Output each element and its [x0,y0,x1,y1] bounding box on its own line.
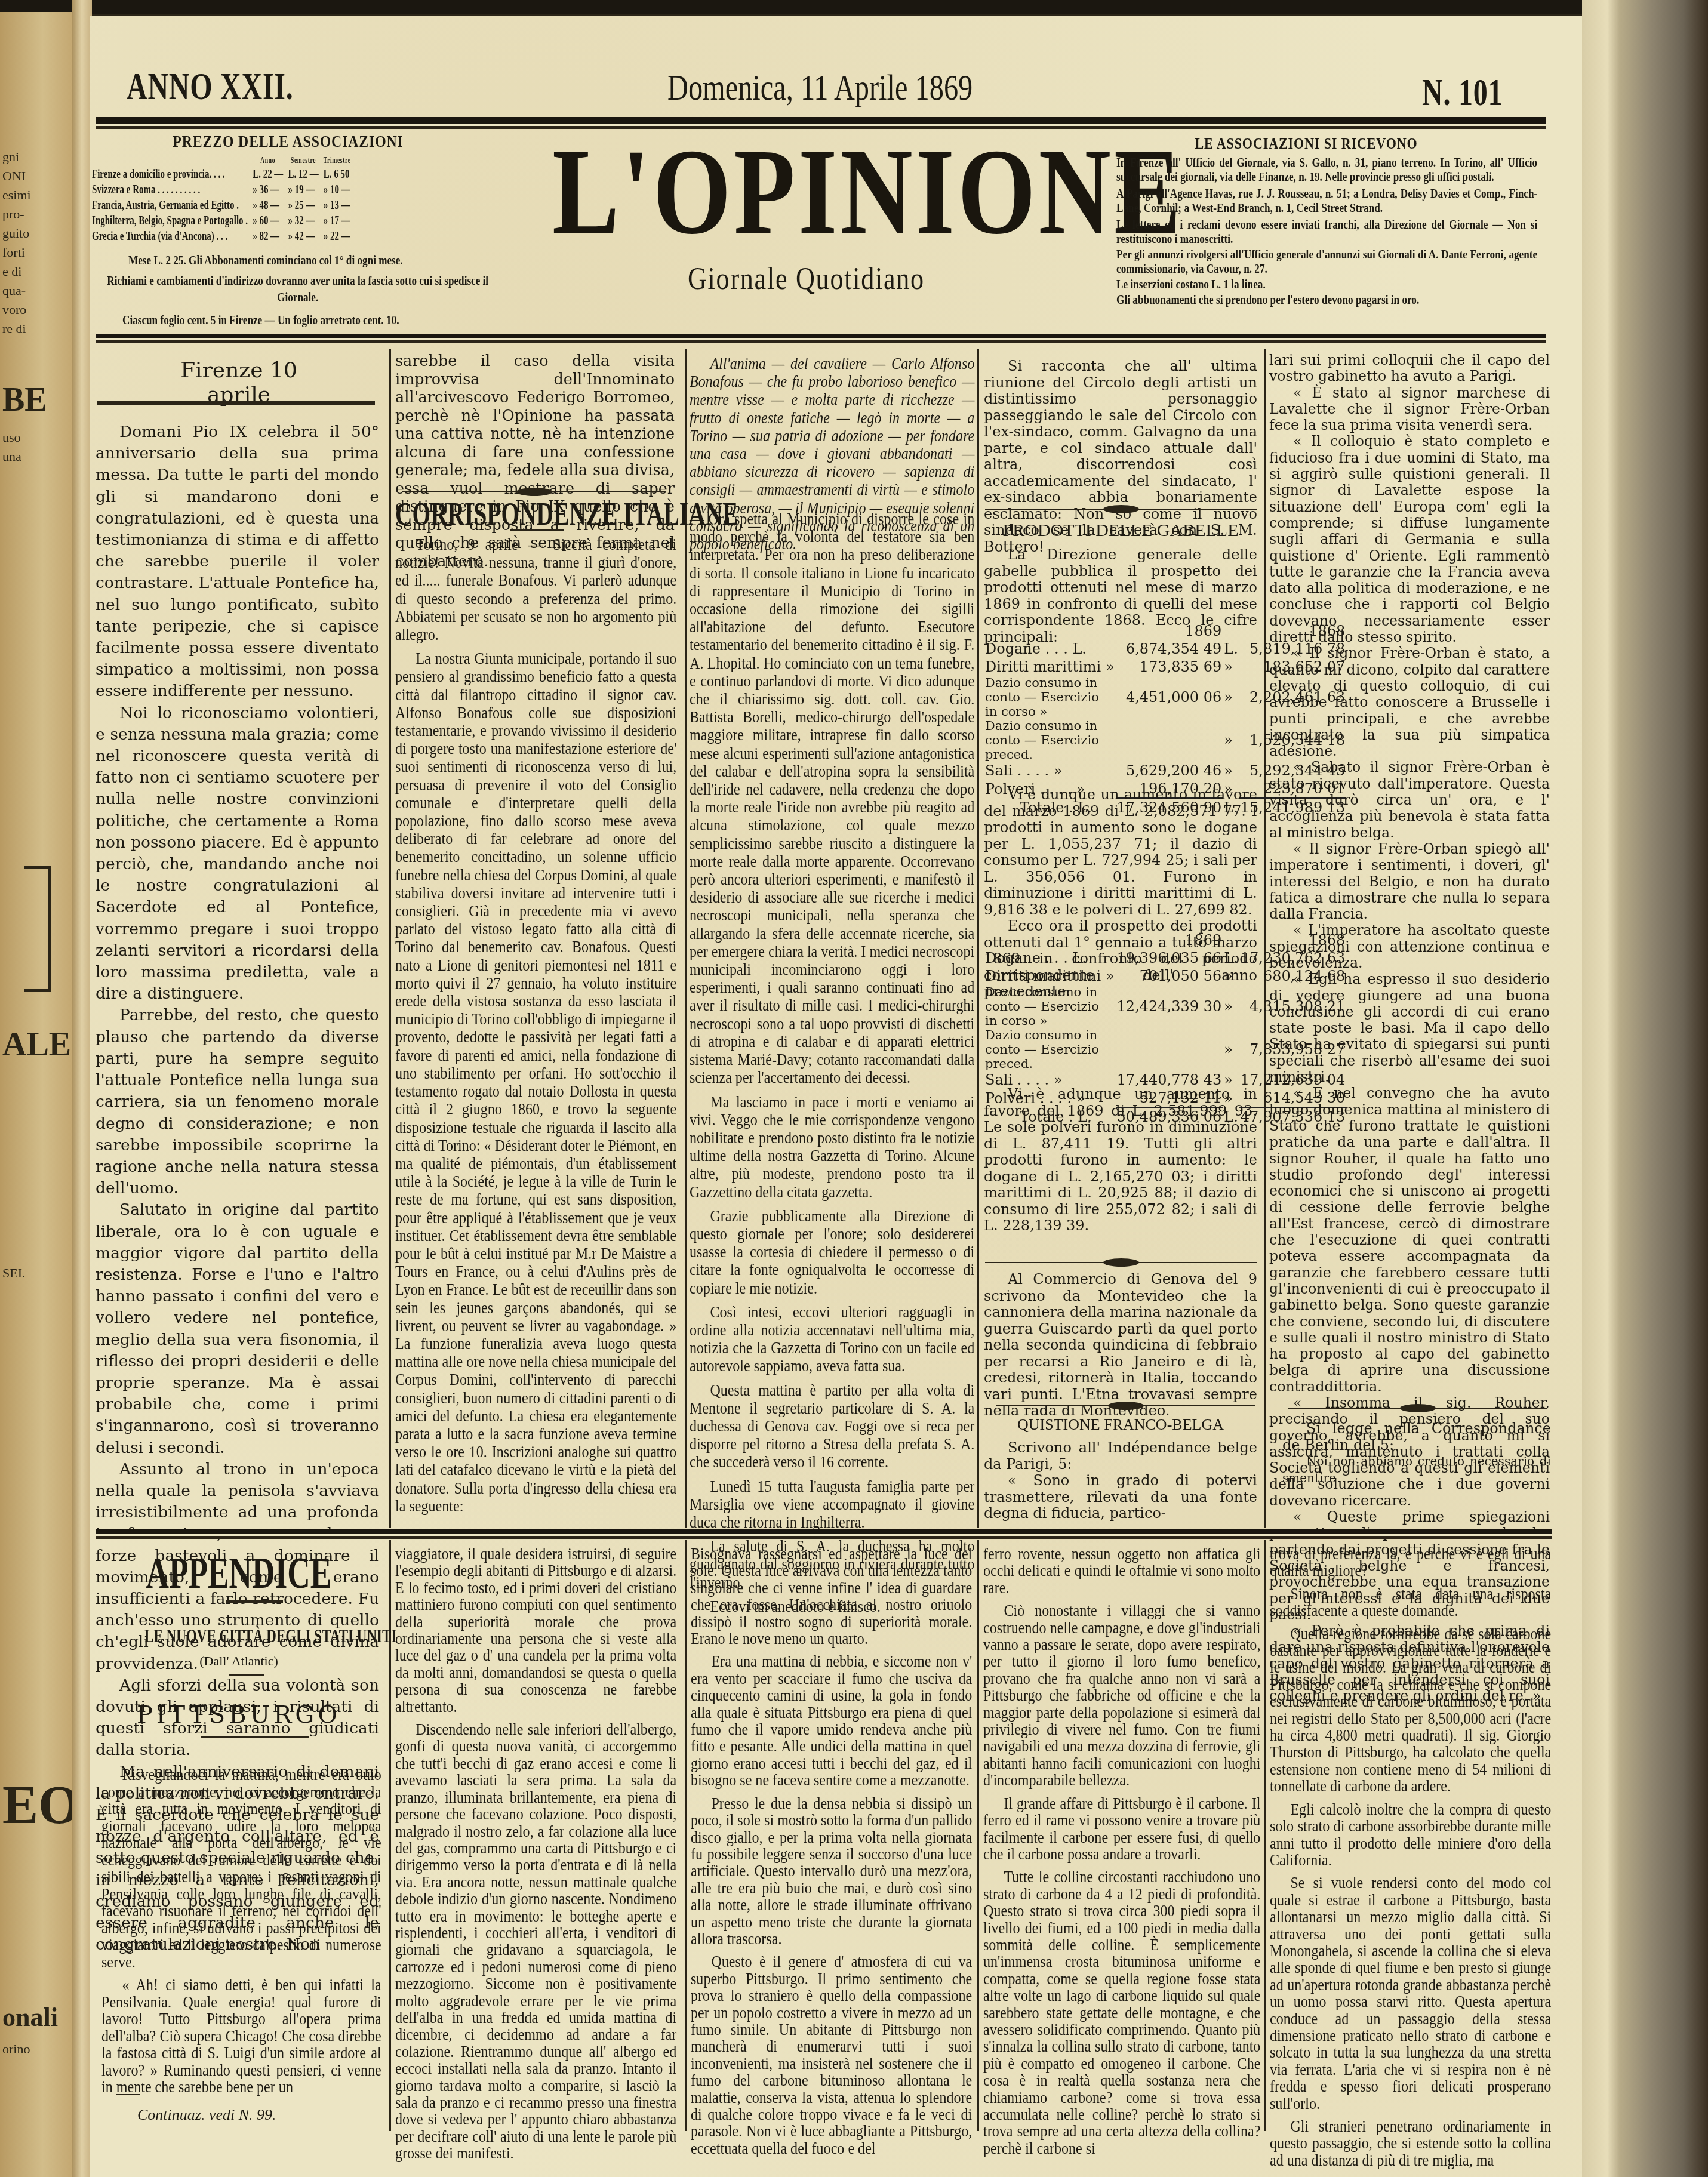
section-title-franco-belga: QUISTIONE FRANCO-BELGA [984,1416,1257,1434]
article-paragraph: — Ora spetta al Municipio di disporre le… [690,510,974,1088]
ornament-rule [996,1405,1255,1406]
article-paragraph: « È stato al signor marchese di Lavalett… [1269,385,1550,434]
section-title-gabelle: PRODOTTI DELLE GABELLE [984,521,1257,541]
fragment-ad-word: EO [2,1779,72,1833]
article-paragraph: Così intesi, eccovi ulteriori ragguagli … [690,1304,974,1376]
article-paragraph: Discendendo nelle sale inferiori dell'al… [395,1722,676,2163]
appendice-column-3: Bisognava rassegnarsi ed aspettare la lu… [691,1546,972,2163]
subscriptions-line: Gli abbuonamenti che si prendono per l'e… [1116,292,1537,307]
gabelle-conclusion: Vi è adunque un aumento in favore del 18… [984,1086,1257,1234]
continuation-rule [116,2094,140,2095]
berlin-note: Si legge nella Correspondance de Berlin … [1282,1421,1551,1486]
article-paragraph: Vi è adunque un aumento in favore del 18… [984,1086,1257,1234]
fragment-text: re di [2,321,26,337]
price-row: Grecia e Turchia (via d'Ancona) . . .» 8… [90,228,353,244]
article-paragraph: Si legge nella Correspondance de Berlin … [1282,1421,1551,1454]
scan-top-edge [0,0,1708,14]
fragment-ad-word: BE [2,382,47,418]
dateline: Firenze 10 aprile [161,358,316,407]
title-underline [229,1674,264,1676]
header-1869: 1869 [1116,931,1223,949]
article-paragraph: « Il signor Frère-Orban è stato, a quant… [1269,645,1550,759]
newspaper-title: L'OPINIONE [552,133,1184,252]
book-binding-edge [1582,0,1708,2177]
masthead-bottom-rule [96,334,1546,340]
article-paragraph: Se si vuole rendersi conto del modo col … [1270,1875,1551,2113]
fragment-ad-box [24,866,51,992]
fragment-text: gni [2,149,19,165]
title-underline [226,1600,283,1603]
fragment-ad-word: SEI. [2,1265,26,1281]
ornament-rule [403,491,666,492]
price-row: Francia, Austria, Germania ed Egitto .» … [90,197,353,213]
title-underline [201,1736,309,1738]
article-paragraph: « Egli ha espresso il suo desiderio di v… [1269,971,1550,1085]
article-paragraph: « Sono in grado di potervi trasmettere, … [984,1473,1257,1522]
appendice-column-2: viaggiatore, il quale desidera istruirsi… [395,1546,676,2169]
article-paragraph: Il grande affare di Pittsburgo è il carb… [983,1796,1260,1864]
column-divider [685,1540,687,2131]
fragment-text: esimi [2,187,31,203]
appendice-column-1: Risvegliandoci la mattina, mentre era bu… [101,1767,381,2102]
column-divider [1264,1540,1266,2131]
article-paragraph: « Ah! ci siamo detti, è ben qui infatti … [101,1977,381,2096]
subscriptions-line: In Firenze all' Ufficio del Giornale, vi… [1116,155,1537,184]
ornament-rule [985,509,1257,510]
article-paragraph: Vi è dunque un aumento in favore del mar… [984,787,1257,918]
prices-note-change: Richiami e cambiamenti d'indirizzo dovra… [104,272,491,306]
fragment-ad-word: onali [2,2000,58,2036]
fragment-ad-word: uso [2,430,21,445]
prices-note-month: Mese L. 2 25. Gli Abbonamenti cominciano… [128,252,454,269]
article-paragraph: Questo è il genere d' atmosfera di cui v… [691,1954,972,2157]
article-paragraph: Tutte le colline circostanti racchiudono… [983,1869,1260,2157]
subscriptions-heading: LE ASSOCIAZIONI SI RICEVONO [1164,135,1448,153]
article-paragraph: « Il colloquio è stato completo e fiduci… [1269,433,1550,645]
appendice-source: (Dall' Atlantic) [96,1653,382,1669]
fragment-text: e di [2,264,21,279]
subscriptions-line: Le lettere ed i reclami devono essere in… [1116,217,1537,246]
column-2-correspondence: Torino, 9 aprile — Siccità completa di n… [395,536,676,1522]
article-paragraph: « Sabato il signor Frère-Orban è stato r… [1269,759,1550,840]
section-title-corrispondenze: CORRISPONDENZE ITALIANE [395,495,674,532]
article-paragraph: Questa mattina è partito per alla volta … [690,1382,974,1472]
fragment-text: forti [2,245,25,260]
article-paragraph: Noi non abbiamo creduto necessario di sm… [1282,1454,1551,1486]
column-divider [977,349,979,1528]
article-paragraph: Quella regione fornirebbe da sè sola car… [1270,1626,1551,1796]
fragment-text: ONI [2,168,26,184]
appendice-city-title: PITTSBURGO [96,1701,382,1729]
column-divider [977,1540,979,2131]
header-1869: 1869 [1116,622,1223,640]
article-paragraph: Domani Pio IX celebra il 50° anniversari… [96,421,379,703]
fragment-text: guito [2,226,29,241]
fragment-ad-word: orino [2,2041,30,2057]
article-paragraph: trova di preferenza là, e perchè vi è eg… [1270,1546,1551,1580]
title-underline [510,529,564,531]
price-row: Svizzera e Roma . . . . . . . . . .» 36 … [90,181,353,197]
fragment-ad-word: ALE [2,1027,71,1063]
appendice-series-title: LE NUOVE CITTÀ DEGLI STATI UNITI [96,1625,382,1647]
fragment-ad-word: una [2,449,21,464]
issue-date: Domenica, 11 Aprile 1869 [667,67,973,109]
ornament-rule [1288,1408,1547,1409]
prices-table: AnnoSemestreTrimestre Firenze a domicili… [90,156,353,244]
appendice-rule [96,1529,1552,1536]
article-paragraph: Lunedì 15 tutta l'augusta famiglia parte… [690,1478,974,1532]
article-paragraph: Risvegliandoci la mattina, mentre era bu… [101,1767,381,1971]
fragment-text: voro [2,302,26,318]
appendice-column-5: trova di preferenza là, e perchè vi è eg… [1270,1546,1551,2175]
article-paragraph: Egli calcolò inoltre che la compra di qu… [1270,1802,1551,1870]
subscriptions-line: Per gli annunzi rivolgersi all'Ufficio g… [1116,247,1537,276]
col-semestre: Semestre [285,156,321,166]
article-paragraph: La nostra Giunta municipale, portando il… [395,650,676,1516]
newspaper-subtitle: Giornale Quotidiano [688,261,925,297]
price-row: Inghilterra, Belgio, Spagna e Portogallo… [90,213,353,228]
subscriptions-line: A Parigi all'Agence Havas, rue J. J. Rou… [1116,186,1537,215]
franco-belga-intro: Scrivono all' Indépendance belge da Pari… [984,1440,1257,1522]
subscriptions-block: In Firenze all' Ufficio del Giornale, vi… [1116,155,1537,307]
article-paragraph: Noi lo riconosciamo volontieri, e senza … [96,703,379,1005]
continuation-note: Continuaz. vedi N. 99. [137,2106,276,2124]
col-anno: Anno [250,156,285,166]
article-paragraph: « L'imperatore ha ascoltato queste spieg… [1269,922,1550,971]
fragment-text: pro- [2,207,24,222]
article-paragraph: Torino, 9 aprile — Siccità completa di n… [395,536,676,644]
ornament-rule [985,1262,1257,1263]
issue-number: N. 101 [1422,70,1503,115]
article-paragraph: viaggiatore, il quale desidera istruirsi… [395,1546,676,1716]
article-paragraph: Parrebbe, del resto, che questo plauso c… [96,1005,379,1199]
column-divider [389,349,391,1528]
article-paragraph: Presso le due la densa nebbia si dissipò… [691,1796,972,1948]
appendice-column-4: ferro rovente, nessun oggetto non affati… [983,1546,1260,2163]
appendice-label-text: APPENDICE [146,1548,332,1599]
article-paragraph: ferro rovente, nessun oggetto non affati… [983,1546,1260,1597]
appendice-label: APPENDICE [96,1548,382,1599]
article-paragraph: Grazie pubblicamente alla Direzione di q… [690,1208,974,1298]
dateline-rule [97,401,375,405]
article-paragraph: Bisognava rassegnarsi ed aspettare la lu… [691,1546,972,1648]
article-paragraph: Ma lasciamo in pace i morti e veniamo ai… [690,1094,974,1202]
montevideo-note: Al Commercio di Genova del 9 scrivono da… [984,1271,1257,1419]
column-5-article: lari sui primi colloquii che il capo del… [1269,352,1550,1705]
article-paragraph: Sinora non è stata data una risposta sod… [1270,1586,1551,1620]
price-row: Firenze a domicilio e provincia. . . .L.… [90,166,353,181]
article-paragraph: Era una mattina di nebbia, e siccome non… [691,1653,972,1789]
article-paragraph: Salutato in origine dal partito liberale… [96,1199,379,1458]
article-paragraph: Gli stranieri penetrano ordinariamente i… [1270,2119,1551,2169]
subscriptions-line: Le inserzioni costano L. 1 la linea. [1116,277,1537,291]
article-paragraph: « Il signor Frère-Orban spiegò all' impe… [1269,841,1550,922]
fragment-text: qua- [2,283,26,298]
article-paragraph: Al Commercio di Genova del 9 scrivono da… [984,1271,1257,1419]
article-paragraph: lari sui primi colloquii che il capo del… [1269,352,1550,385]
article-paragraph: « E nel convegno che ha avuto luogo dome… [1269,1085,1550,1395]
prices-heading: PREZZO DELLE ASSOCIAZIONI [161,133,415,152]
prices-note-copy: Ciascun foglio cent. 5 in Firenze — Un f… [122,312,495,328]
column-3-article: — Ora spetta al Municipio di disporre le… [690,510,974,1622]
series-text: LE NUOVE CITTÀ DEGLI STATI UNITI [144,1625,396,1647]
book-gutter [72,0,92,2177]
article-paragraph: Scrivono all' Indépendance belge da Pari… [984,1440,1257,1473]
issue-year: ANNO XXII. [127,64,294,109]
article-paragraph: Ciò nonostante i villaggi che si vanno c… [983,1603,1260,1789]
col-trimestre: Trimestre [321,156,353,166]
adjacent-page-fragment: gni ONI esimi pro- guito forti e di qua-… [0,12,72,2177]
